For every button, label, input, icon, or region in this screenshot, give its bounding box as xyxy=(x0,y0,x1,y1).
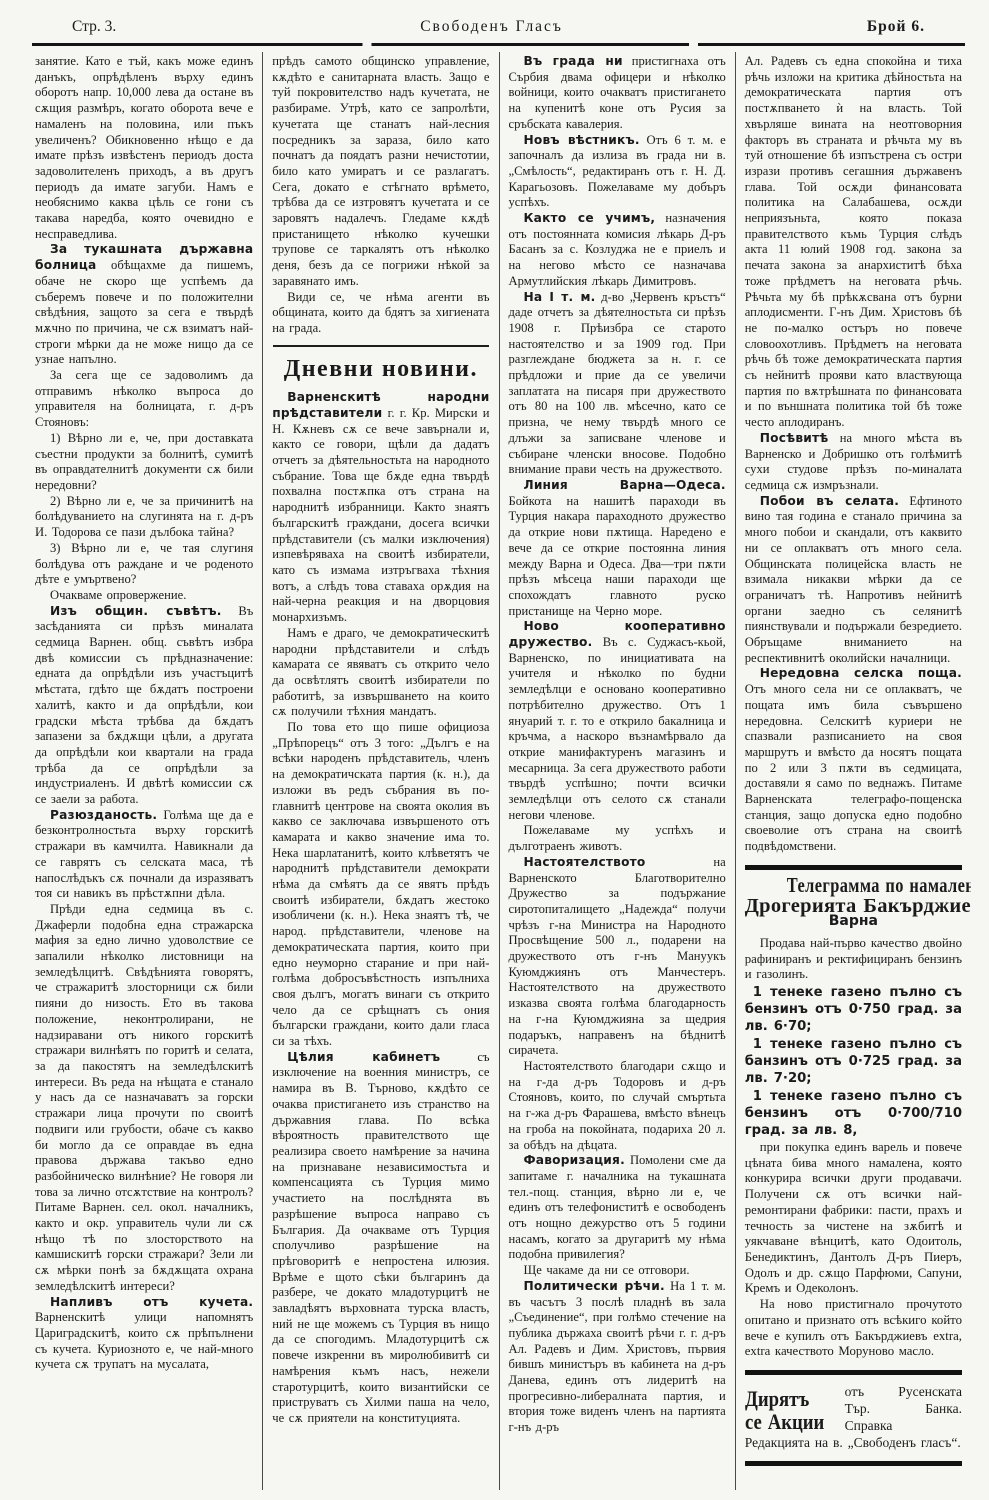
article-paragraph: Политически рѣчи. На 1 т. м. въ часътъ 3… xyxy=(509,1279,726,1436)
article-text: г. г. Кр. Мирски и Н. Кѫневъ сѫ се вече … xyxy=(272,406,489,624)
newspaper-column-2: прѣдъ самото общинско управление, кѫдѣто… xyxy=(262,52,498,1490)
ad-tin-price-line: 1 тенеке газено пълно съ банзинъ отъ 0·7… xyxy=(745,1036,962,1087)
columns-container: занятие. Като е тъй, какъ може единъ дан… xyxy=(26,52,971,1490)
article-paragraph-continued: занятие. Като е тъй, какъ може единъ дан… xyxy=(35,54,253,242)
article-text: Помолени сме да запитаме г. началника на… xyxy=(509,1153,726,1261)
article-paragraph: Разюзданость. Голѣма ще да е безконтролн… xyxy=(35,808,253,902)
thick-rule xyxy=(745,865,962,870)
article-text: д-во „Червенъ кръстъ“ даде отчетъ за дѣя… xyxy=(509,290,726,477)
ad-paragraph: На ново пристигнало прочутото опитано и … xyxy=(745,1297,962,1360)
article-lead: Фаворизация. xyxy=(524,1153,625,1167)
article-paragraph: Фаворизация. Помолени сме да запитаме г.… xyxy=(509,1153,726,1263)
article-text: Варненскитѣ улици напомнятъ Цариградскит… xyxy=(35,1310,253,1371)
ad-paragraph: Продава най-първо качество двойно рафини… xyxy=(745,936,962,983)
article-lead: Посѣвитѣ xyxy=(760,431,829,445)
article-text: съ изключение на военния министръ, се на… xyxy=(272,1050,489,1425)
article-paragraph: По това ето що пише официоза „Прѣпорецъ“… xyxy=(272,720,489,1050)
thick-rule xyxy=(745,1370,962,1375)
thick-rule xyxy=(745,1461,962,1466)
article-paragraph: Види се, че нѣма агенти въ общината, кои… xyxy=(272,290,489,337)
page-number: Стр. 3. xyxy=(72,18,116,36)
newspaper-title: Свободенъ Гласъ xyxy=(420,18,563,36)
masthead: Стр. 3. Свободенъ Гласъ Брой 6. xyxy=(26,10,971,40)
article-paragraph: Цѣлия кабинетъ съ изключение на военния … xyxy=(272,1050,489,1427)
article-paragraph: 2) Вѣрно ли е, че за причинитѣ на болѣду… xyxy=(35,494,253,541)
article-text: на Варненското Благотворително Дружество… xyxy=(509,855,726,1057)
article-lead: Побои въ селата. xyxy=(760,494,899,508)
article-lead: Линия Варна—Одеса. xyxy=(524,478,726,492)
newspaper-column-4: Ал. Радевъ съ една спокойна и тиха рѣчь … xyxy=(735,52,971,1490)
ad-tin-price-line: 1 тенеке газено пълно съ бензинъ отъ 0·7… xyxy=(745,1088,962,1139)
article-paragraph-continued: прѣдъ самото общинско управление, кѫдѣто… xyxy=(272,54,489,290)
shares-notice: Дирятъ се Акцииотъ Русенската Тър. Банка… xyxy=(745,1383,962,1451)
article-paragraph: Настоятелството благодари сѫщо и на г-да… xyxy=(509,1059,726,1153)
article-paragraph: Прѣди една седмица въ с. Джаферли подобн… xyxy=(35,902,253,1295)
article-paragraph: Очакваме опровержение. xyxy=(35,588,253,604)
article-paragraph: Ще чакаме да ни се отговори. xyxy=(509,1263,726,1279)
masthead-rule xyxy=(32,43,965,46)
article-paragraph: Намъ е драго, че демократическитѣ народн… xyxy=(272,626,489,720)
article-text: Въ засѣданията си прѣзъ миналата седмица… xyxy=(35,604,253,806)
article-paragraph: Изъ общин. съвѣтъ. Въ засѣданията си прѣ… xyxy=(35,604,253,808)
article-paragraph: Пожелаваме му успѣхъ и дълготраенъ живот… xyxy=(509,823,726,854)
ad-tin-price-line: 1 тенеке газено пълно съ бензинъ отъ 0·7… xyxy=(745,984,962,1035)
article-lead: Настоятелството xyxy=(524,855,646,869)
section-title-daily-news: Дневни новини. xyxy=(272,356,489,384)
article-paragraph: Посѣвитѣ на много мѣста въ Варненско и Д… xyxy=(745,431,962,494)
article-paragraph: Настоятелството на Варненското Благотвор… xyxy=(509,855,726,1059)
article-paragraph: 1) Вѣрно ли е, че, при доставката съестн… xyxy=(35,431,253,494)
article-lead: На I т. м. xyxy=(524,290,596,304)
ad-headline: Телеграмма по намаление на бензина xyxy=(745,878,962,897)
article-lead: Цѣлия кабинетъ xyxy=(287,1050,440,1064)
ad-paragraph: при покупка единъ варель и повече цѣната… xyxy=(745,1140,962,1297)
newspaper-sheet: Стр. 3. Свободенъ Гласъ Брой 6. занятие.… xyxy=(0,0,989,1490)
article-paragraph: За тукашната държавна болница обѣщахме д… xyxy=(35,242,253,368)
article-paragraph: Ново кооперативно дружество. Въ с. Суджа… xyxy=(509,619,726,823)
article-text: Ефтиното вино тая година е станало причи… xyxy=(745,494,962,665)
newspaper-column-1: занятие. Като е тъй, какъ може единъ дан… xyxy=(26,52,262,1490)
article-paragraph-continued: Ал. Радевъ съ една спокойна и тиха рѣчь … xyxy=(745,54,962,431)
issue-number: Брой 6. xyxy=(867,18,925,36)
ad-drugstore-title: Дрогерията Бакърджиевъ xyxy=(745,899,962,915)
article-lead: Нередовна селска поща. xyxy=(760,666,962,680)
article-text: Бойкота на нашитѣ параходи въ Турция нак… xyxy=(509,494,726,618)
newspaper-page: { "header": { "page": "Стр. 3.", "title"… xyxy=(0,0,989,1500)
article-paragraph: Линия Варна—Одеса. Бойкота на нашитѣ пар… xyxy=(509,478,726,619)
ad-location: Варна xyxy=(745,914,962,930)
article-paragraph: На I т. м. д-во „Червенъ кръстъ“ даде от… xyxy=(509,290,726,478)
article-lead: Политически рѣчи. xyxy=(524,1279,665,1293)
article-lead: Новъ вѣстникъ. xyxy=(524,133,640,147)
article-text: Въ с. Суджасъ-кьой, Варненско, по инициа… xyxy=(509,635,726,822)
ad-headline-text: Телеграмма по намаление на бензина xyxy=(787,878,971,894)
newspaper-column-3: Въ града ни пристигнаха отъ Сърбия двама… xyxy=(499,52,735,1490)
article-paragraph: Нередовна селска поща. Отъ много села ни… xyxy=(745,666,962,854)
article-paragraph: Варненскитѣ народни прѣдставители г. г. … xyxy=(272,390,489,626)
article-lead: Изъ общин. съвѣтъ. xyxy=(50,604,222,618)
article-lead: Както се учимъ, xyxy=(524,211,656,225)
article-text: На 1 т. м. въ часътъ 3 послѣ пладнѣ въ з… xyxy=(509,1279,726,1434)
article-text: Отъ много села ни се оплакватъ, че пощат… xyxy=(745,682,962,853)
article-lead: Въ града ни xyxy=(524,54,623,68)
article-paragraph: 3) Вѣрно ли е, че тая слугиня болѣдува о… xyxy=(35,541,253,588)
article-paragraph: Както се учимъ, назначения отъ постоянна… xyxy=(509,211,726,290)
article-paragraph: Въ града ни пристигнаха отъ Сърбия двама… xyxy=(509,54,726,133)
shares-notice-display-text: Дирятъ се Акции xyxy=(745,1383,830,1433)
article-paragraph: За сега ще се задоволимъ да отправимъ нѣ… xyxy=(35,368,253,431)
article-text: обѣщахме да пишемъ, обаче не скоро ще ус… xyxy=(35,258,253,366)
article-paragraph: Новъ вѣстникъ. Отъ 6 т. м. е започналъ д… xyxy=(509,133,726,212)
article-lead: Напливъ отъ кучета. xyxy=(50,1295,253,1309)
article-paragraph: Напливъ отъ кучета. Варненскитѣ улици на… xyxy=(35,1295,253,1374)
article-paragraph: Побои въ селата. Ефтиното вино тая годин… xyxy=(745,494,962,667)
article-lead: Разюзданость. xyxy=(50,808,157,822)
thin-rule xyxy=(273,345,488,347)
